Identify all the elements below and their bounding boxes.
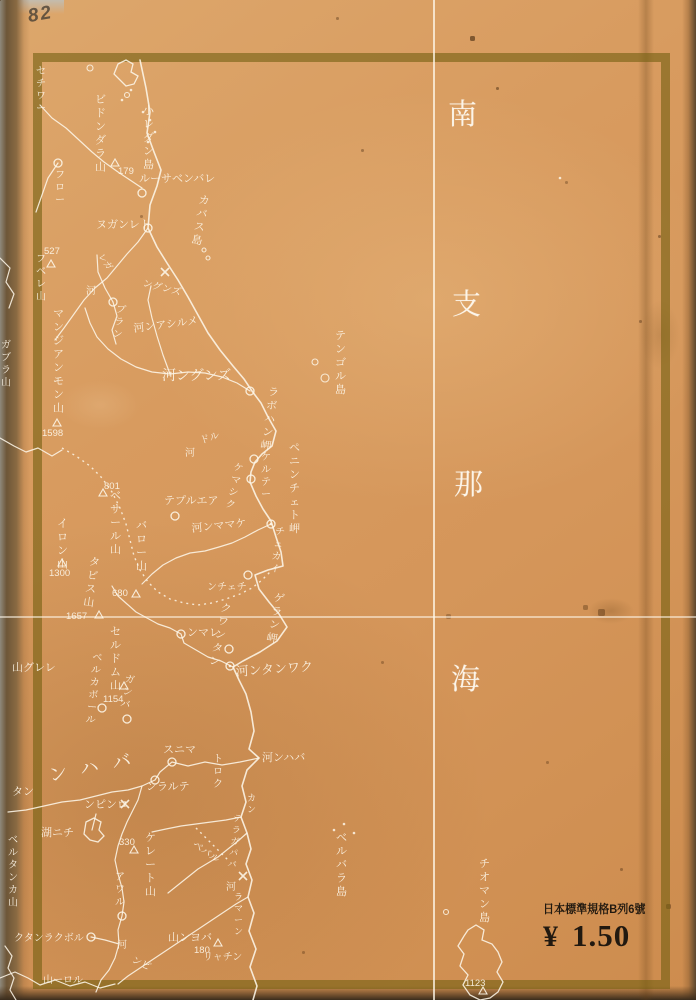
town-circle-center	[229, 665, 232, 668]
map-label: バロー山	[136, 520, 147, 573]
town-circle	[98, 704, 106, 712]
town-circle	[225, 645, 233, 653]
map-label: ガブラ山	[1, 339, 11, 389]
vertical-fold-line	[433, 0, 435, 1000]
map-label: チェカイ	[269, 525, 286, 575]
horizontal-fold-line	[0, 616, 696, 618]
map-label: ベサール山	[110, 490, 121, 556]
map-label: ブラン	[112, 303, 127, 341]
town-circle	[138, 189, 146, 197]
islet-dot	[121, 99, 124, 102]
peak-elevation: 1598	[42, 428, 63, 439]
map-label: フロー	[55, 170, 65, 206]
map-label: チオマン島	[479, 857, 490, 924]
island-outline	[114, 60, 138, 86]
sea-title-char: 海	[451, 657, 480, 698]
town-circle	[171, 512, 179, 520]
peak-triangle	[47, 260, 55, 267]
map-artwork: 17952715988011300680165711543301801123ルー…	[0, 0, 696, 1000]
price-line: ¥ 1.50	[543, 918, 645, 954]
map-label: 湖ニチ	[41, 825, 74, 839]
map-label: アワル	[115, 872, 125, 908]
map-label: タン	[12, 785, 34, 798]
map-label: 河	[117, 939, 127, 951]
map-label: ベバル	[190, 839, 221, 865]
islet-ring	[206, 256, 210, 260]
map-label: ンラルテ	[146, 781, 190, 793]
river-river_rompin	[152, 817, 241, 832]
map-label: ヌガンレト	[96, 218, 151, 231]
map-label: タビス山	[82, 555, 100, 610]
map-label: ケレート山	[145, 831, 156, 898]
map-label: 河ンママケ	[191, 516, 247, 535]
islet-ring	[202, 248, 206, 252]
map-label: ケルテー	[261, 451, 271, 501]
map-label: レガ	[96, 251, 115, 271]
map-label: 河ンタンワク	[235, 659, 313, 679]
map-label: フベレ山	[36, 254, 46, 303]
sea-title-char: 那	[454, 462, 483, 503]
map-label: ンハバ	[47, 748, 147, 787]
islet-dot	[353, 832, 356, 835]
islet-dot	[559, 177, 562, 180]
map-label: セチワー	[36, 66, 46, 115]
map-label: マンジアンモン山	[53, 308, 64, 415]
peak-elevation: 1123	[465, 978, 485, 989]
islet-dot	[130, 89, 133, 92]
map-label: ドル	[199, 430, 221, 447]
peak-triangle	[53, 419, 61, 426]
map-label: 河ンアシルメ	[133, 314, 199, 335]
map-label: ンピンロ	[84, 798, 128, 811]
map-label: ペニンチェト岬	[289, 442, 300, 535]
map-label: トロク	[213, 754, 223, 790]
river-margin_left_low	[5, 946, 16, 1000]
map-label: 山ーロル	[43, 973, 83, 986]
map-label: ンビ	[130, 954, 153, 973]
islet-ring	[312, 359, 318, 365]
map-label: ビドンダラ山	[95, 93, 106, 174]
map-label: クタンラクボル	[14, 932, 84, 944]
map-label: 河ングンズ	[162, 367, 231, 383]
price-block: 日本標準規格B列6號 ¥ 1.50	[543, 900, 645, 954]
map-label: ベルタンカ山	[8, 835, 18, 909]
yen-symbol: ¥	[543, 920, 558, 954]
islet-ring	[125, 93, 130, 98]
map-label: イロン山	[57, 517, 68, 571]
islet-ring	[321, 374, 329, 382]
peak-elevation: 330	[119, 837, 135, 848]
map-label: ラボハン岬	[260, 386, 280, 453]
map-label: カン	[247, 793, 256, 815]
peak-elevation: 527	[44, 246, 60, 257]
map-label: ングンズ	[141, 277, 182, 298]
islet-dot	[154, 131, 157, 134]
map-label: ガンバ	[119, 673, 135, 711]
map-label: テラガパバ	[227, 813, 243, 870]
peak-triangle	[132, 590, 140, 597]
map-label: テプルエア	[164, 494, 219, 507]
map-label: セルドム山	[110, 626, 121, 692]
map-label: カバス島	[191, 193, 211, 248]
map-label: ンチェチ	[207, 581, 247, 593]
format-standard-label: 日本標準規格B列6號	[543, 900, 637, 917]
peak-triangle	[214, 939, 222, 946]
town-circle	[244, 571, 252, 579]
town-circle	[123, 715, 131, 723]
sea-title-char: 支	[452, 282, 481, 323]
map-label: 小レダン島	[143, 103, 155, 171]
peak-elevation: 179	[118, 166, 134, 177]
map-label: ラマーン	[234, 892, 243, 937]
map-back-cover: 17952715988011300680165711543301801123ルー…	[0, 0, 696, 1000]
handwritten-mark: 82	[26, 2, 55, 28]
map-label: ベルカボール	[85, 652, 103, 726]
islet-ring	[444, 910, 449, 915]
map-label: 河	[185, 447, 195, 459]
map-label: リャチン	[203, 951, 242, 963]
map-label: 河	[86, 285, 96, 297]
islet-dot	[343, 823, 346, 826]
mine-mark	[161, 268, 169, 276]
river-margin_left_mid	[0, 258, 14, 308]
peak-triangle	[111, 159, 119, 166]
map-label: ケマシク	[225, 461, 245, 511]
map-label: 山ンヨバ	[168, 931, 212, 944]
map-label: ルーサベンバレ	[139, 173, 215, 185]
sea-title-char: 南	[448, 92, 477, 133]
peak-elevation: 680	[112, 588, 128, 599]
mine-mark	[239, 872, 247, 880]
map-label: 山グレレ	[12, 661, 56, 674]
river-margin_left_mid2	[0, 438, 62, 456]
town-circle-center	[270, 523, 273, 526]
map-label: ベルバラ島	[336, 832, 347, 898]
islet-dot	[333, 829, 336, 832]
map-label: 河ンハバ	[262, 751, 305, 764]
price-value: 1.50	[572, 918, 630, 954]
map-label: テンゴル島	[335, 330, 346, 396]
map-label: ゲラン岬	[266, 591, 286, 646]
map-label: スニマ	[163, 744, 196, 756]
islet-ring	[87, 65, 93, 71]
river-river_chini	[92, 814, 96, 830]
